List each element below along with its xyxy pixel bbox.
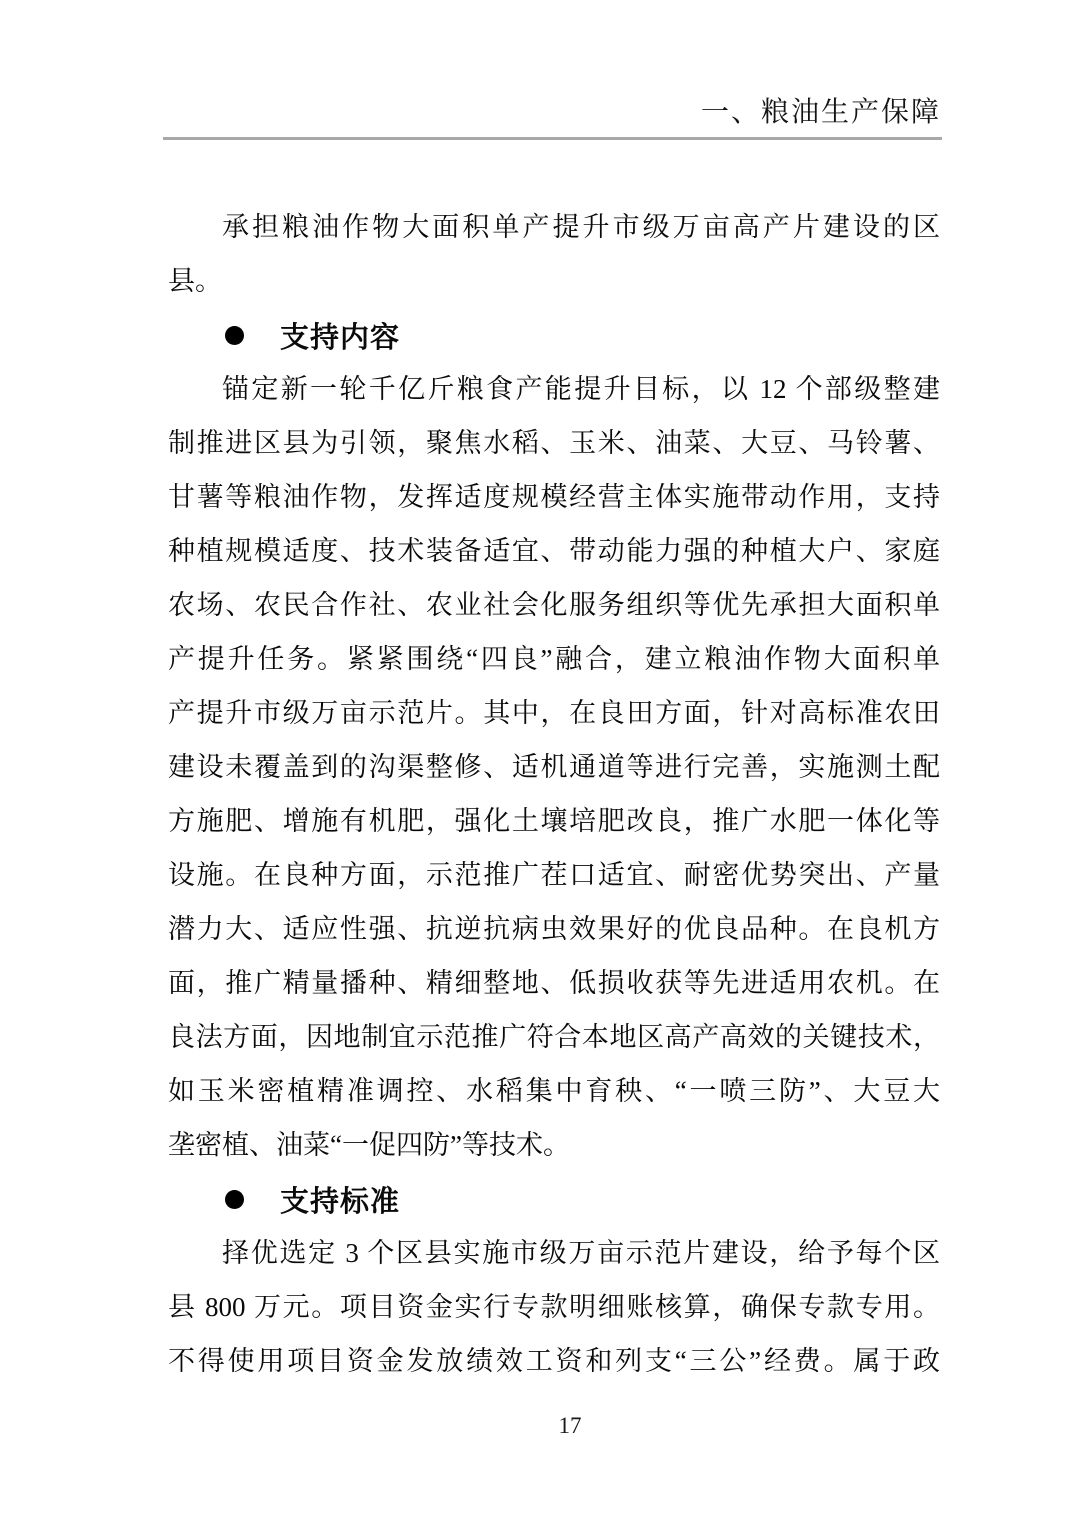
text-line: 如玉米密植精准调控、水稻集中育秧、“一喷三防”、大豆大 xyxy=(168,1064,940,1118)
text-line: 潜力大、适应性强、抗逆抗病虫效果好的优良品种。在良机方 xyxy=(168,902,940,956)
text-line: 锚定新一轮千亿斤粮食产能提升目标，以 12 个部级整建 xyxy=(168,362,940,416)
document-page: 一、粮油生产保障 承担粮油作物大面积单产提升市级万亩高产片建设的区县。 支持内容… xyxy=(0,0,1074,1520)
section-header-support-standard: 支持标准 xyxy=(168,1172,940,1226)
section-label: 支持标准 xyxy=(280,1179,400,1220)
section-label: 支持内容 xyxy=(280,315,400,356)
text-line: 产提升市级万亩示范片。其中，在良田方面，针对高标准农田 xyxy=(168,686,940,740)
text-line: 垄密植、油菜“一促四防”等技术。 xyxy=(168,1118,940,1172)
text-line: 不得使用项目资金发放绩效工资和列支“三公”经费。属于政 xyxy=(168,1334,940,1388)
text-line: 择优选定 3 个区县实施市级万亩示范片建设，给予每个区 xyxy=(168,1226,940,1280)
bullet-icon xyxy=(225,1190,244,1209)
bullet-icon xyxy=(225,326,244,345)
paragraph-support-standard: 择优选定 3 个区县实施市级万亩示范片建设，给予每个区县 800 万元。项目资金… xyxy=(168,1226,940,1388)
text-line: 方施肥、增施有机肥，强化土壤培肥改良，推广水肥一体化等 xyxy=(168,794,940,848)
text-line: 甘薯等粮油作物，发挥适度规模经营主体实施带动作用，支持 xyxy=(168,470,940,524)
text-line: 农场、农民合作社、农业社会化服务组织等优先承担大面积单 xyxy=(168,578,940,632)
text-line: 制推进区县为引领，聚焦水稻、玉米、油菜、大豆、马铃薯、 xyxy=(168,416,940,470)
text-line: 良法方面，因地制宜示范推广符合本地区高产高效的关键技术， xyxy=(168,1010,940,1064)
text-line: 产提升任务。紧紧围绕“四良”融合，建立粮油作物大面积单 xyxy=(168,632,940,686)
text-line: 建设未覆盖到的沟渠整修、适机通道等进行完善，实施测土配 xyxy=(168,740,940,794)
page-header-section-title: 一、粮油生产保障 xyxy=(701,96,941,130)
header-divider-line xyxy=(163,137,942,140)
text-line: 面，推广精量播种、精细整地、低损收获等先进适用农机。在 xyxy=(168,956,940,1010)
section-header-support-content: 支持内容 xyxy=(168,308,940,362)
document-body: 承担粮油作物大面积单产提升市级万亩高产片建设的区县。 支持内容 锚定新一轮千亿斤… xyxy=(168,200,940,1388)
text-line: 县。 xyxy=(168,254,940,308)
text-line: 种植规模适度、技术装备适宜、带动能力强的种植大户、家庭 xyxy=(168,524,940,578)
page-number: 17 xyxy=(490,1413,650,1439)
paragraph-support-content: 锚定新一轮千亿斤粮食产能提升目标，以 12 个部级整建制推进区县为引领，聚焦水稻… xyxy=(168,362,940,1172)
text-line: 承担粮油作物大面积单产提升市级万亩高产片建设的区 xyxy=(168,200,940,254)
text-line: 县 800 万元。项目资金实行专款明细账核算，确保专款专用。 xyxy=(168,1280,940,1334)
paragraph-intro: 承担粮油作物大面积单产提升市级万亩高产片建设的区县。 xyxy=(168,200,940,308)
text-line: 设施。在良种方面，示范推广茬口适宜、耐密优势突出、产量 xyxy=(168,848,940,902)
